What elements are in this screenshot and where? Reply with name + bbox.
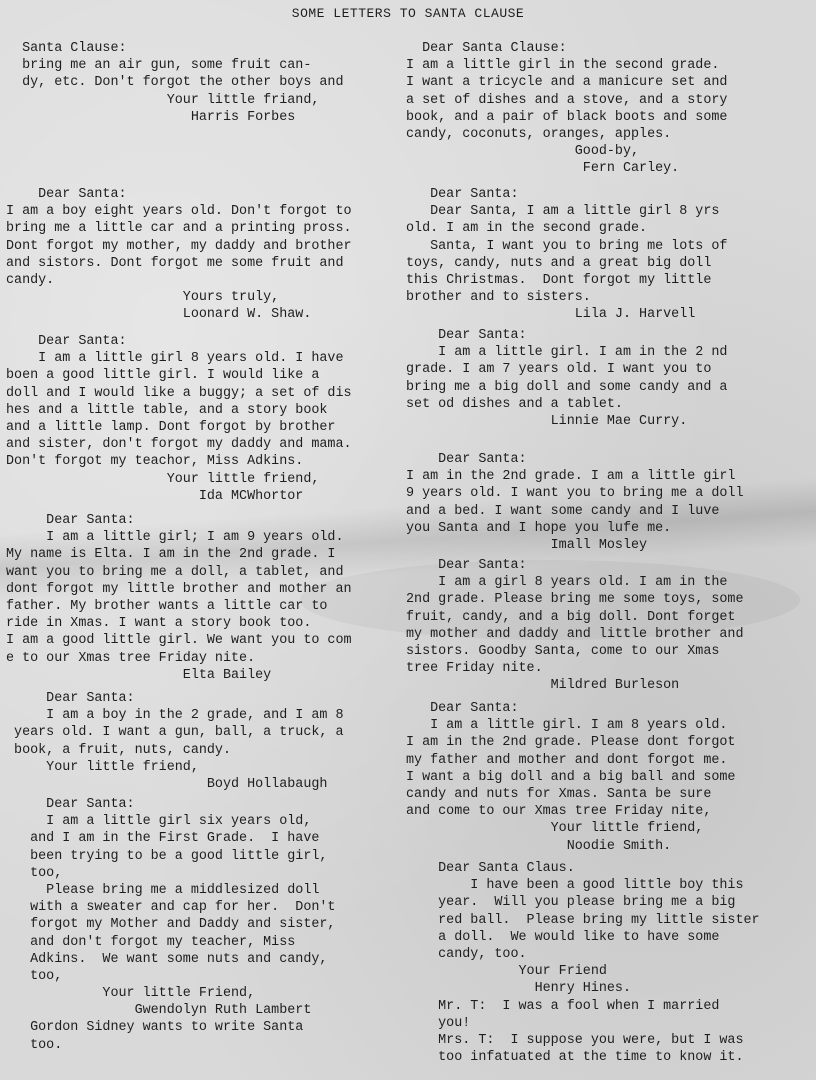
letter-line: too. (6, 1037, 335, 1054)
letter: Dear Santa Clause:I am a little girl in … (406, 40, 727, 178)
letter-line: I am a good little girl. We want you to … (6, 632, 352, 649)
letter-line: I am a girl 8 years old. I am in the (406, 574, 744, 591)
letter-line: Your little friand, (6, 92, 344, 109)
letter-line: year. Will you please bring me a big (406, 894, 760, 911)
letter-line: too infatuated at the time to know it. (406, 1049, 760, 1066)
letter-line: fruit, candy, and a big doll. Dont forge… (406, 609, 744, 626)
letter-line: book, and a pair of black boots and some (406, 109, 727, 126)
letter-line: hes and a little table, and a story book (6, 402, 352, 419)
letter-line: Gordon Sidney wants to write Santa (6, 1019, 335, 1036)
letter-line: a doll. We would like to have some (406, 929, 760, 946)
letter-line: Dear Santa: (6, 690, 344, 707)
letter-line: I am a little girl six years old, (6, 813, 335, 830)
letter-line: Please bring me a middlesized doll (6, 882, 335, 899)
letter-line: I am in the 2nd grade. I am a little gir… (406, 468, 744, 485)
letter-line: Dear Santa: (6, 186, 352, 203)
letter-line: a set of dishes and a stove, and a story (406, 92, 727, 109)
letter-line: Fern Carley. (406, 160, 727, 177)
letter-line: Imall Mosley (406, 537, 744, 554)
letter-line: Santa Clause: (6, 40, 344, 57)
letter-line: Noodie Smith. (406, 838, 735, 855)
letter-line: with a sweater and cap for her. Don't (6, 899, 335, 916)
letter-line: candy, coconuts, oranges, apples. (406, 126, 727, 143)
letter-line: ride in Xmas. I want a story book too. (6, 615, 352, 632)
letter-line: been trying to be a good little girl, (6, 848, 335, 865)
letter: Dear Santa: I am a boy in the 2 grade, a… (6, 690, 344, 793)
letter-line: Your little friend, (6, 471, 352, 488)
letter-line: Your little friend, (6, 759, 344, 776)
letter-line: candy. (6, 272, 352, 289)
letter-line: dont forgot my little brother and mother… (6, 581, 352, 598)
letter: Dear Santa: I am a little girl 8 years o… (6, 333, 352, 505)
letter-line: dy, etc. Don't forgot the other boys and (6, 74, 344, 91)
letter-line: Mrs. T: I suppose you were, but I was (406, 1032, 760, 1049)
page-title: SOME LETTERS TO SANTA CLAUSE (0, 6, 816, 21)
newsletter-page: SOME LETTERS TO SANTA CLAUSE Santa Claus… (0, 0, 816, 1080)
letter-line: Dear Santa, I am a little girl 8 yrs (406, 203, 727, 220)
letter-line: Dear Santa: (406, 557, 744, 574)
letter-line: brother and to sisters. (406, 289, 727, 306)
letter-line: you! (406, 1015, 760, 1032)
letter-line: Mildred Burleson (406, 677, 744, 694)
letter-line: red ball. Please bring my little sister (406, 912, 760, 929)
letter-line: Linnie Mae Curry. (406, 413, 727, 430)
letter-line: toys, candy, nuts and a great big doll (406, 255, 727, 272)
letter-line: Santa, I want you to bring me lots of (406, 238, 727, 255)
letter: Dear Santa: I am a little girl. I am 8 y… (406, 700, 735, 855)
letter-line: old. I am in the second grade. (406, 220, 727, 237)
letter-line: Your little Friend, (6, 985, 335, 1002)
letter-line: Dear Santa: (6, 512, 352, 529)
letter: Dear Santa: I am a little girl. I am in … (406, 327, 727, 430)
letter-line: set od dishes and a tablet. (406, 396, 727, 413)
letter-line: bring me a little car and a printing pro… (6, 220, 352, 237)
letter-line: Dear Santa: (406, 451, 744, 468)
letter-line: I am a little girl; I am 9 years old. (6, 529, 352, 546)
letter-line: I am in the 2nd grade. Please dont forgo… (406, 734, 735, 751)
letter-line: Dear Santa: (406, 700, 735, 717)
letter-line: Dear Santa: (406, 186, 727, 203)
letter-line: Boyd Hollabaugh (6, 776, 344, 793)
letter-line: I want a big doll and a big ball and som… (406, 769, 735, 786)
letter-line: sistors. Goodby Santa, come to our Xmas (406, 643, 744, 660)
letter-line: 9 years old. I want you to bring me a do… (406, 485, 744, 502)
letter-line: Dear Santa: (406, 327, 727, 344)
letter-line: Mr. T: I was a fool when I married (406, 998, 760, 1015)
letter-line: candy and nuts for Xmas. Santa be sure (406, 786, 735, 803)
letter-line: my father and mother and dont forgot me. (406, 752, 735, 769)
letter-line: I want a tricycle and a manicure set and (406, 74, 727, 91)
letter: Dear Santa: I am a little girl; I am 9 y… (6, 512, 352, 684)
letter-line: too, (6, 865, 335, 882)
letter-line: 2nd grade. Please bring me some toys, so… (406, 591, 744, 608)
letter-line: and sister, don't forgot my daddy and ma… (6, 436, 352, 453)
letter-line: want you to bring me a doll, a tablet, a… (6, 564, 352, 581)
letter-line: book, a fruit, nuts, candy. (6, 742, 344, 759)
letter: Santa Clause: bring me an air gun, some … (6, 40, 344, 126)
letter-line: Dear Santa: (6, 333, 352, 350)
letter: Dear Santa:I am in the 2nd grade. I am a… (406, 451, 744, 554)
letter-line: my mother and daddy and little brother a… (406, 626, 744, 643)
letter-line: Dear Santa Claus. (406, 860, 760, 877)
letter-line: I am a little girl 8 years old. I have (6, 350, 352, 367)
letter-line: Adkins. We want some nuts and candy, (6, 951, 335, 968)
letter-line: Your little friend, (406, 820, 735, 837)
letter-line: I am a little girl. I am in the 2 nd (406, 344, 727, 361)
letter-line: Elta Bailey (6, 667, 352, 684)
letter-line: boen a good little girl. I would like a (6, 367, 352, 384)
letter-line: too, (6, 968, 335, 985)
letter-line: forgot my Mother and Daddy and sister, (6, 916, 335, 933)
letter-line: e to our Xmas tree Friday nite. (6, 650, 352, 667)
letter-line: and don't forgot my teacher, Miss (6, 934, 335, 951)
letter-line: doll and I would like a buggy; a set of … (6, 385, 352, 402)
letter-line: Loonard W. Shaw. (6, 306, 352, 323)
letter-line: Don't forgot my teachor, Miss Adkins. (6, 453, 352, 470)
letter-line: Dont forgot my mother, my daddy and brot… (6, 238, 352, 255)
letter-line: bring me an air gun, some fruit can- (6, 57, 344, 74)
letter-line: and a little lamp. Dont forgot by brothe… (6, 419, 352, 436)
letter-line: I am a boy in the 2 grade, and I am 8 (6, 707, 344, 724)
letter-line: Dear Santa Clause: (406, 40, 727, 57)
letter-line: Dear Santa: (6, 796, 335, 813)
letter-line: Harris Forbes (6, 109, 344, 126)
letter-line: Ida MCWhortor (6, 488, 352, 505)
letter-line: My name is Elta. I am in the 2nd grade. … (6, 546, 352, 563)
letter-line: Lila J. Harvell (406, 306, 727, 323)
letter-line: and I am in the First Grade. I have (6, 830, 335, 847)
letter: Dear Santa:I am a boy eight years old. D… (6, 186, 352, 324)
letter-line: I have been a good little boy this (406, 877, 760, 894)
letter-line: years old. I want a gun, ball, a truck, … (6, 724, 344, 741)
letter-line: candy, too. (406, 946, 760, 963)
letter-line: Good-by, (406, 143, 727, 160)
letter: Dear Santa: I am a girl 8 years old. I a… (406, 557, 744, 695)
letter: Dear Santa: I am a little girl six years… (6, 796, 335, 1054)
letter-line: tree Friday nite. (406, 660, 744, 677)
letter-line: Gwendolyn Ruth Lambert (6, 1002, 335, 1019)
letter-line: Henry Hines. (406, 980, 760, 997)
letter-line: you Santa and I hope you lufe me. (406, 520, 744, 537)
letter-line: and a bed. I want some candy and I luve (406, 503, 744, 520)
letter-line: I am a little girl in the second grade. (406, 57, 727, 74)
letter-line: Yours truly, (6, 289, 352, 306)
letter-line: bring me a big doll and some candy and a (406, 379, 727, 396)
letter-line: father. My brother wants a little car to (6, 598, 352, 615)
letter-line: I am a little girl. I am 8 years old. (406, 717, 735, 734)
letter: Dear Santa: Dear Santa, I am a little gi… (406, 186, 727, 324)
letter: Dear Santa Claus. I have been a good lit… (406, 860, 760, 1066)
letter-line: this Christmas. Dont forgot my little (406, 272, 727, 289)
letter-line: I am a boy eight years old. Don't forgot… (6, 203, 352, 220)
letter-line: and come to our Xmas tree Friday nite, (406, 803, 735, 820)
letter-line: and sistors. Dont forgot me some fruit a… (6, 255, 352, 272)
letter-line: Your Friend (406, 963, 760, 980)
letter-line: grade. I am 7 years old. I want you to (406, 361, 727, 378)
